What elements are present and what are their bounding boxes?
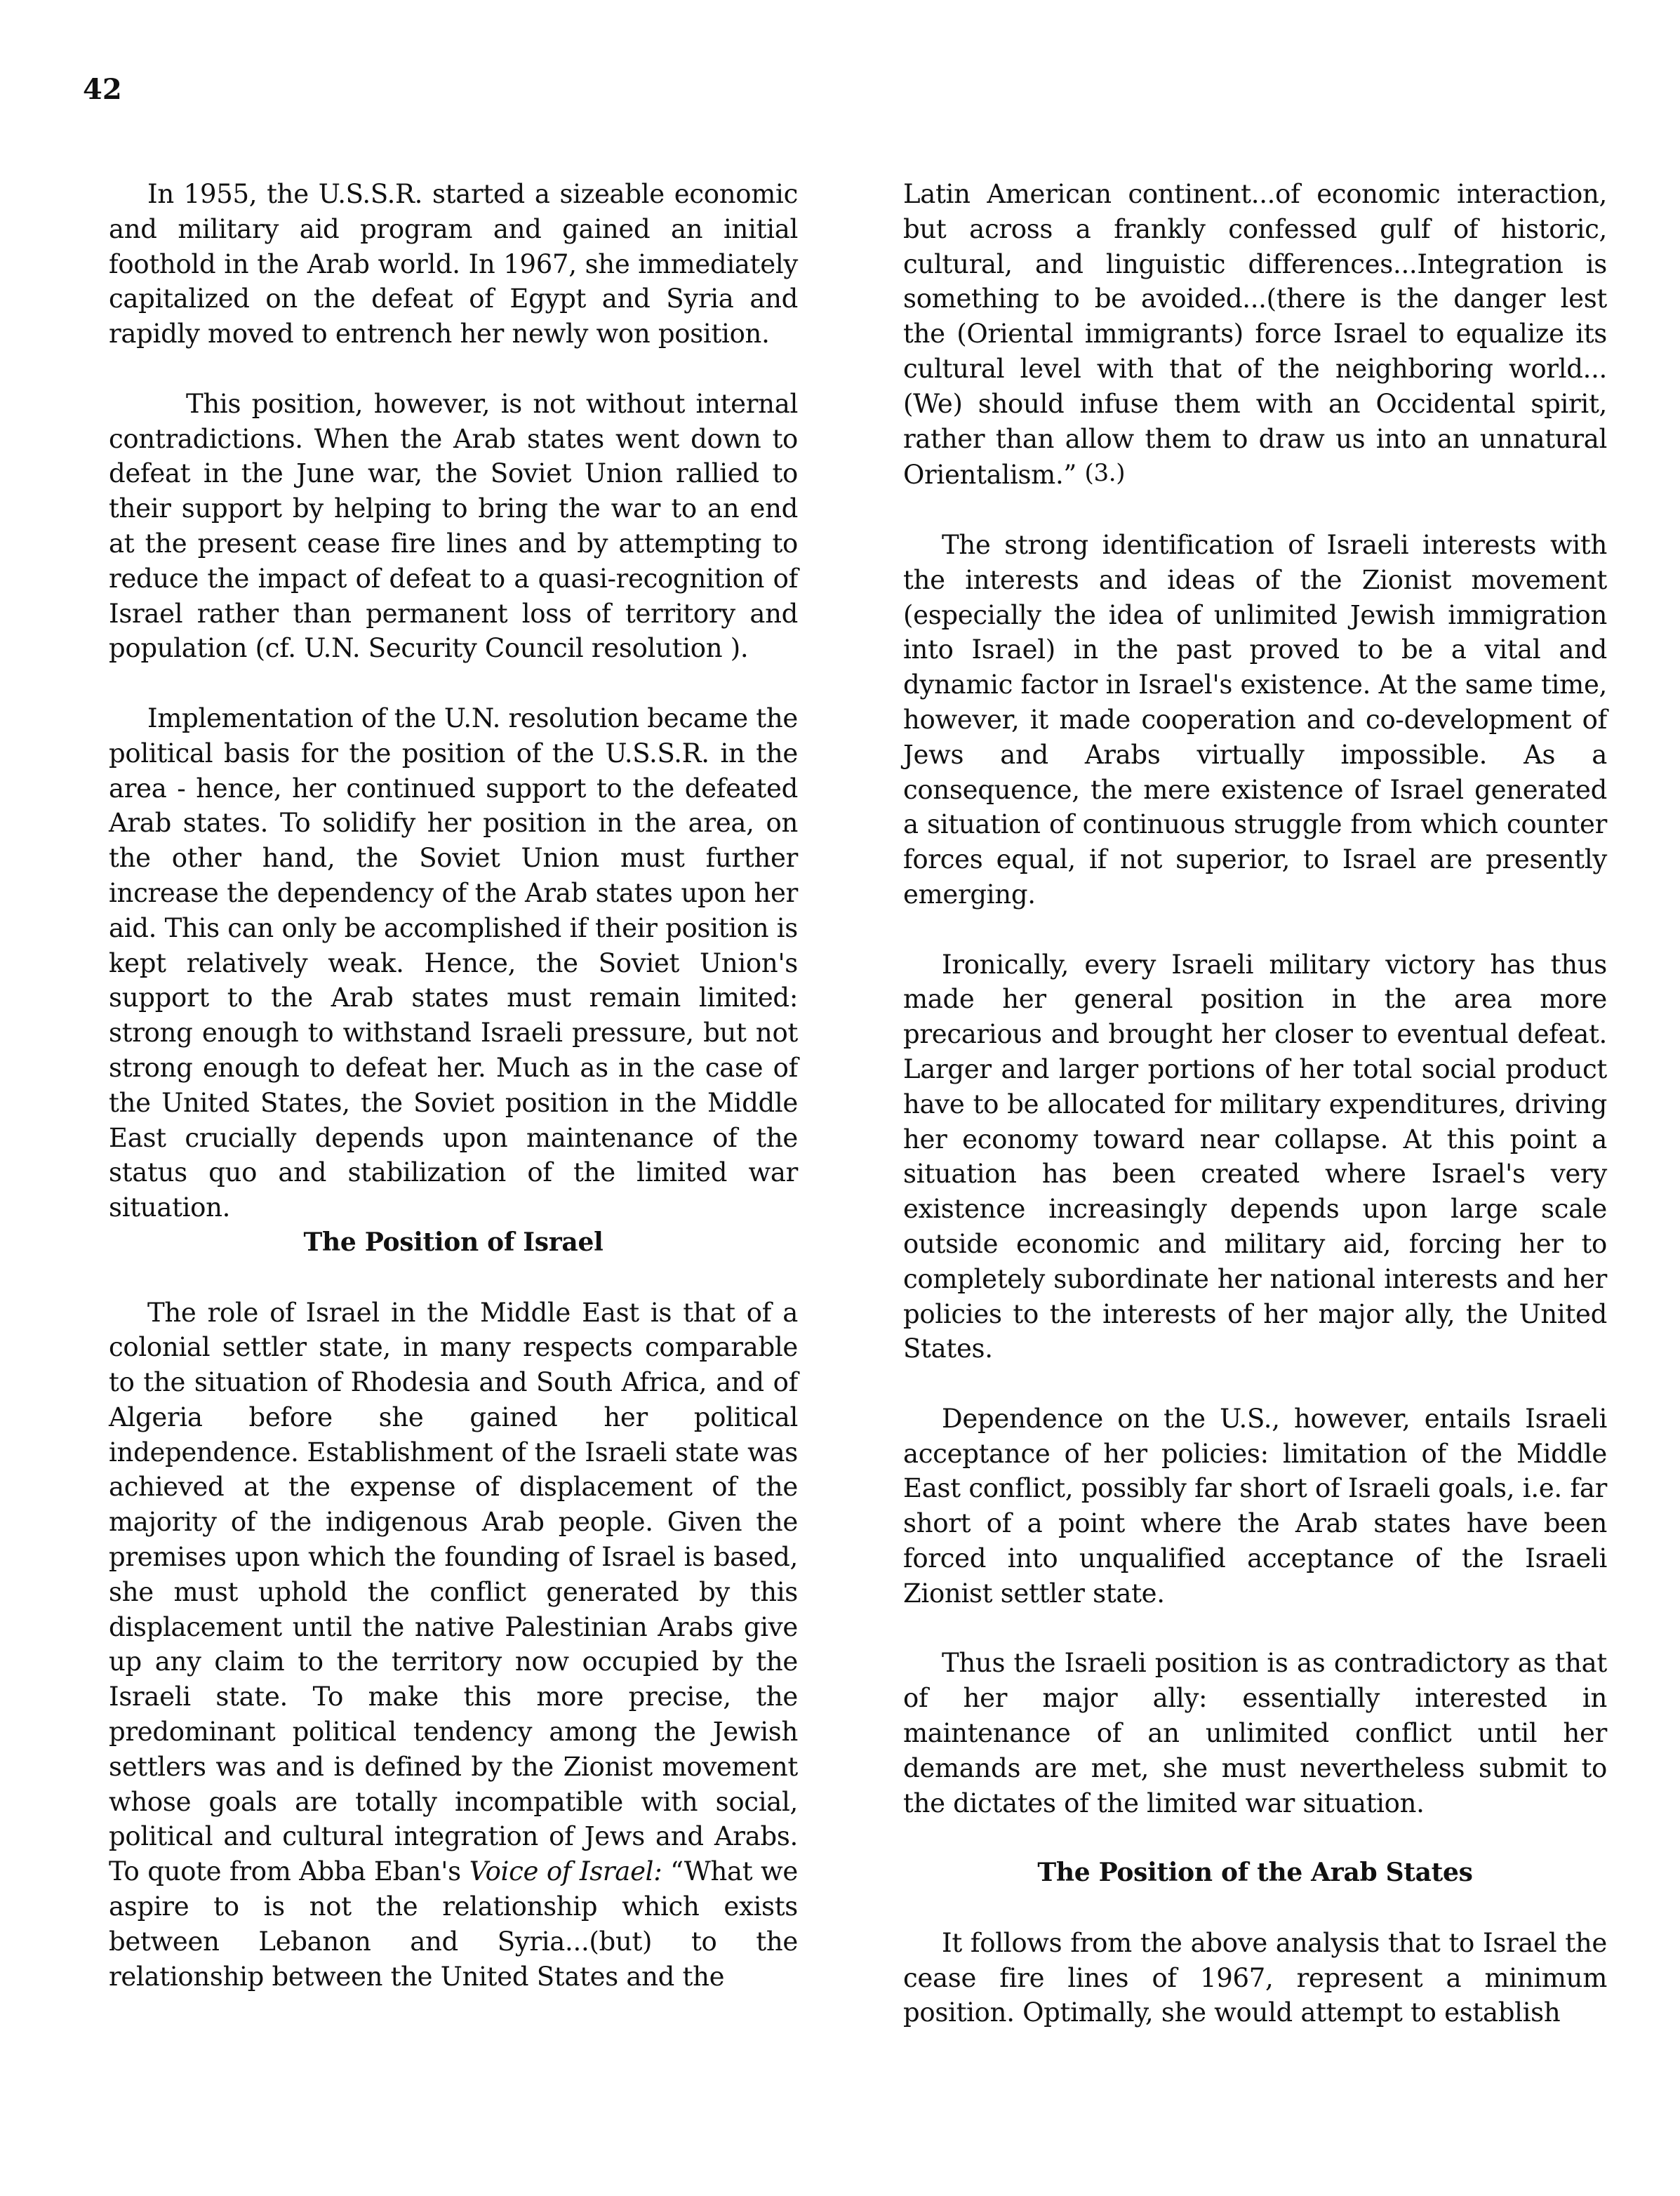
paragraph-internal-contradictions: This position, however, is not without i…	[109, 387, 798, 666]
paragraph-role-of-israel-text: The role of Israel in the Middle East is…	[109, 1298, 798, 1887]
paragraph-cease-fire-lines: It follows from the above analysis that …	[903, 1926, 1607, 2030]
paragraph-military-victory: Ironically, every Israeli military victo…	[903, 947, 1607, 1367]
paragraph-role-of-israel: The role of Israel in the Middle East is…	[109, 1296, 798, 1995]
paragraph-un-resolution: Implementation of the U.N. resolution be…	[109, 701, 798, 1225]
left-column: In 1955, the U.S.S.R. started a sizeable…	[109, 177, 798, 2029]
right-column: Latin American continent...of economic i…	[903, 177, 1607, 2065]
citation-reference: (3.)	[1085, 459, 1126, 487]
page-number: 42	[83, 76, 122, 104]
quote-text: Latin American continent...of economic i…	[903, 179, 1607, 490]
paragraph-contradictory-position: Thus the Israeli position is as contradi…	[903, 1646, 1607, 1821]
section-heading-position-of-arab-states: The Position of the Arab States	[903, 1856, 1607, 1891]
paragraph-eban-quote-continued: Latin American continent...of economic i…	[903, 177, 1607, 493]
paragraph-zionist-identification: The strong identification of Israeli int…	[903, 528, 1607, 912]
section-heading-position-of-israel: The Position of Israel	[109, 1225, 798, 1260]
book-title-voice-of-israel: Voice of Israel:	[469, 1856, 662, 1886]
paragraph-ussr-aid: In 1955, the U.S.S.R. started a sizeable…	[109, 177, 798, 352]
paragraph-dependence-on-us: Dependence on the U.S., however, entails…	[903, 1402, 1607, 1611]
